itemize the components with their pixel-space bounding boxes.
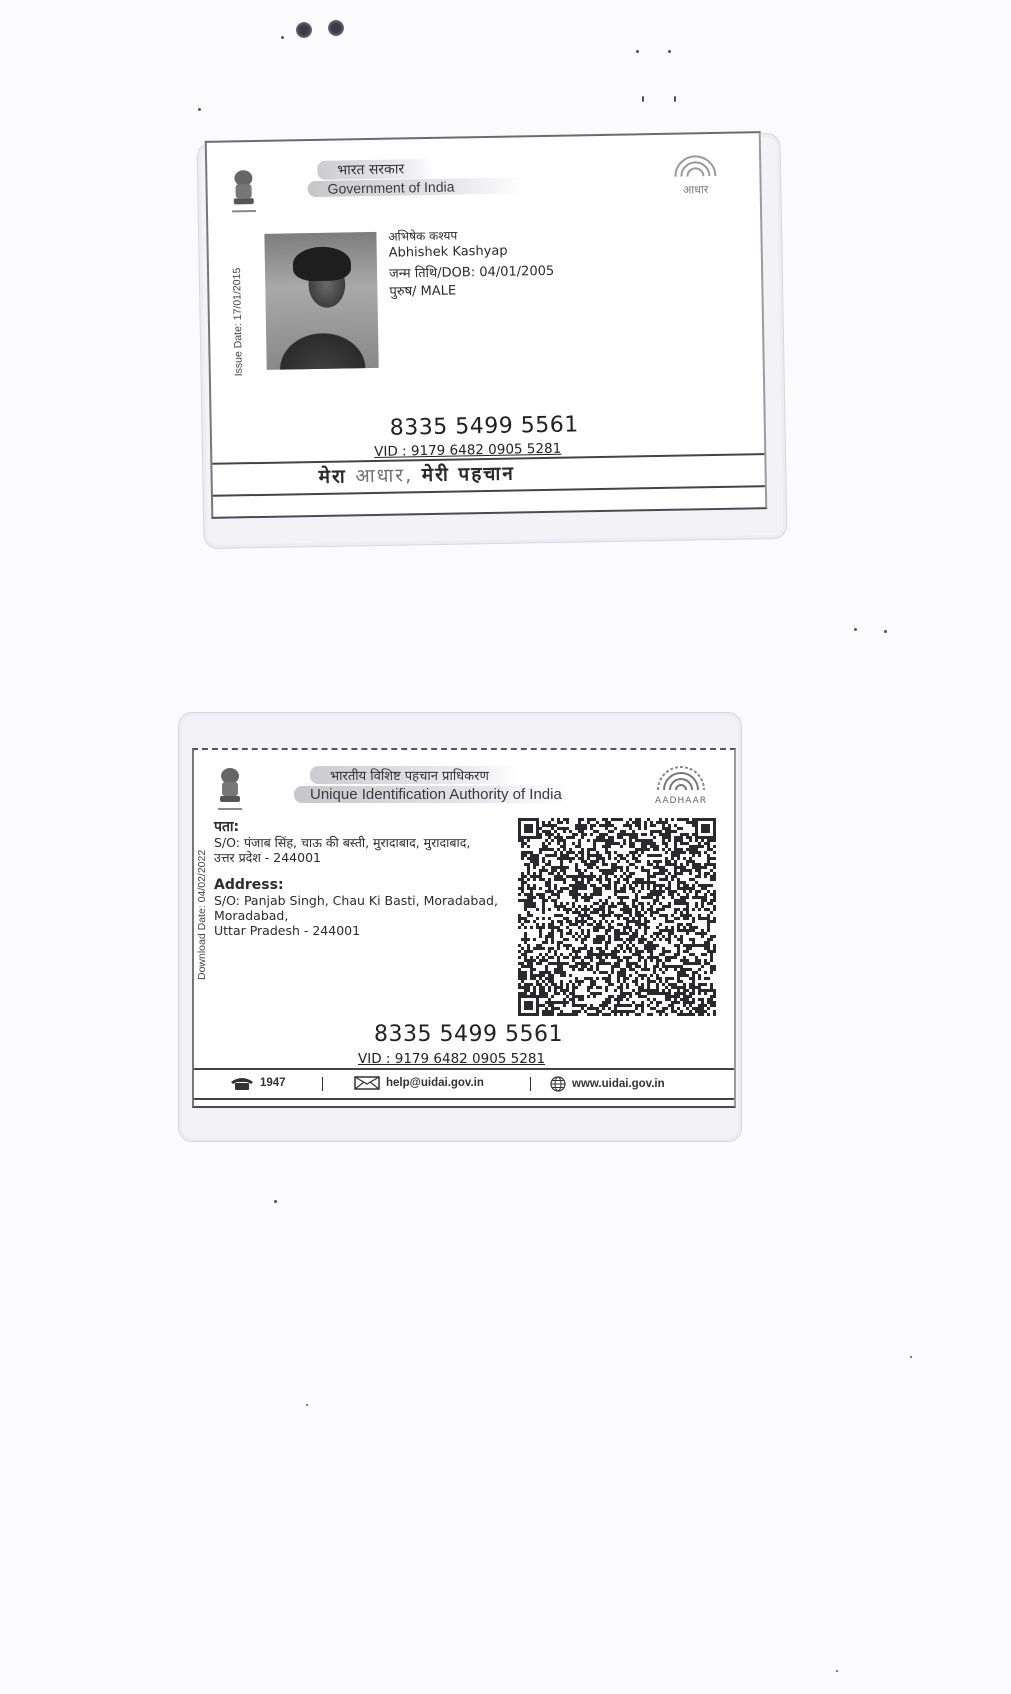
aadhaar-logo: AADHAAR xyxy=(650,764,712,806)
aadhaar-back-card: भारतीय विशिष्ट पहचान प्राधिकरण Unique Id… xyxy=(192,748,736,1108)
address-label-english: Address: xyxy=(214,878,498,893)
aadhaar-number: 8335 5499 5561 xyxy=(390,412,579,440)
header-hindi: भारतीय विशिष्ट पहचान प्राधिकरण xyxy=(310,766,519,784)
aadhaar-logo-text: आधार xyxy=(670,182,722,198)
address-english-line: Uttar Pradesh - 244001 xyxy=(214,923,498,938)
header-english: Government of India xyxy=(307,177,524,197)
helpline: 1947 xyxy=(230,1076,286,1090)
aadhaar-front-card: भारत सरकार Government of India आधार Issu… xyxy=(205,131,768,519)
address-hindi-line: उत्तर प्रदेश - 244001 xyxy=(214,850,470,865)
scan-speck xyxy=(636,50,639,53)
bottom-line xyxy=(213,485,765,497)
qr-code xyxy=(518,818,716,1016)
scan-speck xyxy=(910,1356,912,1358)
name-hindi: अभिषेक कश्यप xyxy=(388,226,457,244)
website[interactable]: www.uidai.gov.in xyxy=(550,1076,665,1092)
bottom-line xyxy=(194,1098,734,1100)
aadhaar-logo: आधार xyxy=(669,152,722,198)
virtual-id: VID : 9179 6482 0905 5281 xyxy=(358,1051,545,1067)
national-emblem-icon xyxy=(225,168,262,217)
divider-line xyxy=(194,1068,734,1070)
scan-speck xyxy=(668,50,671,53)
gender: पुरुष/ MALE xyxy=(389,281,456,300)
envelope-icon xyxy=(354,1076,380,1090)
address-hindi: पता: S/O: पंजाब सिंह, चाऊ की बस्ती, मुरा… xyxy=(214,820,470,865)
address-english-line: S/O: Panjab Singh, Chau Ki Basti, Morada… xyxy=(214,893,498,908)
aadhaar-number: 8335 5499 5561 xyxy=(374,1022,563,1047)
holder-photo xyxy=(264,232,378,370)
scan-speck xyxy=(198,108,201,111)
help-email[interactable]: help@uidai.gov.in xyxy=(354,1076,484,1090)
tagline-part-3: मेरी पहचान xyxy=(422,463,515,487)
tagline-part-2: आधार, xyxy=(355,464,413,487)
issue-date: Issue Date: 17/01/2015 xyxy=(231,268,245,377)
email-address[interactable]: help@uidai.gov.in xyxy=(386,1077,484,1089)
scan-speck xyxy=(281,36,284,39)
scan-speck xyxy=(836,1670,838,1672)
header-hindi: भारत सरकार xyxy=(317,159,434,180)
download-date: Download Date: 04/02/2022 xyxy=(196,850,208,980)
scan-speck xyxy=(306,1404,308,1406)
scan-speck xyxy=(274,1200,277,1203)
header-english: Unique Identification Authority of India xyxy=(294,786,572,803)
aadhaar-logo-text: AADHAAR xyxy=(650,796,712,806)
address-hindi-line: S/O: पंजाब सिंह, चाऊ की बस्ती, मुरादाबाद… xyxy=(214,835,470,850)
address-english: Address: S/O: Panjab Singh, Chau Ki Bast… xyxy=(214,878,498,938)
name-english: Abhishek Kashyap xyxy=(389,244,508,261)
phone-icon xyxy=(230,1076,254,1090)
scan-speck xyxy=(854,628,857,631)
tagline-part-1: मेरा xyxy=(318,465,346,487)
scan-speck xyxy=(884,630,887,633)
fingerprint-icon xyxy=(669,152,721,179)
photo-hair xyxy=(293,246,352,281)
national-emblem-icon xyxy=(212,766,248,814)
separator xyxy=(322,1077,323,1091)
punch-hole xyxy=(296,22,312,38)
scan-speck xyxy=(642,96,644,102)
globe-icon xyxy=(550,1076,566,1092)
address-label-hindi: पता: xyxy=(214,820,470,835)
scan-speck xyxy=(674,96,676,102)
address-english-line: Moradabad, xyxy=(214,908,498,923)
website-url[interactable]: www.uidai.gov.in xyxy=(572,1078,665,1090)
fingerprint-icon xyxy=(650,764,712,792)
punch-hole xyxy=(328,20,344,36)
separator xyxy=(530,1077,531,1091)
helpline-number: 1947 xyxy=(260,1077,286,1089)
date-of-birth: जन्म तिथि/DOB: 04/01/2005 xyxy=(389,261,554,282)
tagline: मेरा आधार, मेरी पहचान xyxy=(318,460,515,489)
